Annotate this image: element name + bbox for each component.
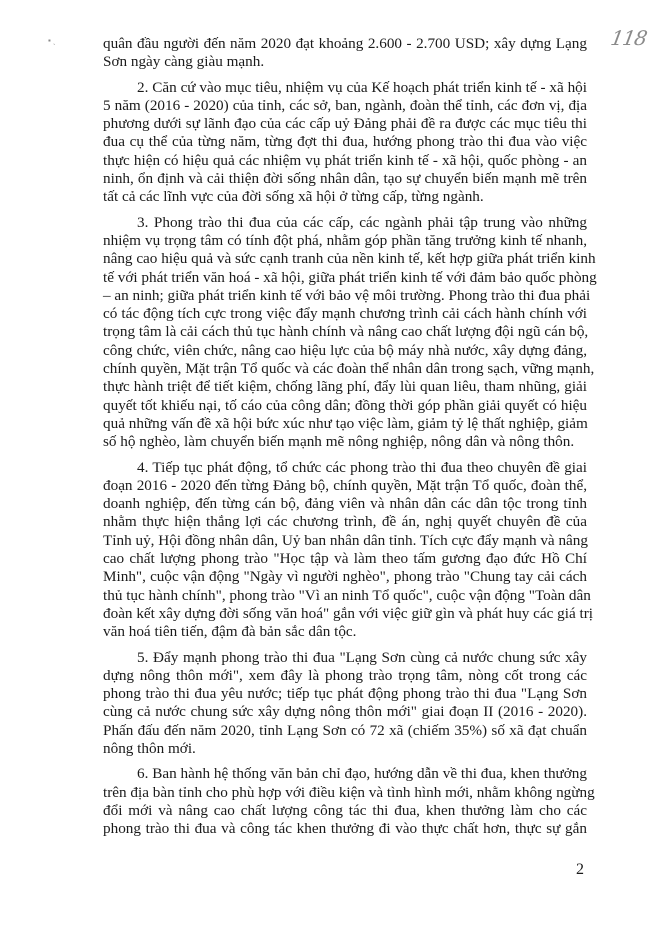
- text-line: Sơn ngày càng giàu mạnh.: [103, 53, 587, 71]
- text-line: nông thôn mới.: [103, 740, 587, 758]
- text-line: phương dưới sự lãnh đạo của các cấp uỷ Đ…: [103, 115, 587, 133]
- document-body: quân đầu người đến năm 2020 đạt khoảng 2…: [103, 35, 587, 845]
- text-line: nhiệm vụ trọng tâm có tính đột phá, nhằm…: [103, 232, 587, 250]
- text-line: đua cụ thể của từng năm, từng đợt thi đu…: [103, 133, 587, 151]
- text-line: tế với phát triển văn hoá - xã hội, giữa…: [103, 269, 587, 287]
- scan-specks: ▪ ˏ: [48, 36, 56, 45]
- paragraph-continuation: quân đầu người đến năm 2020 đạt khoảng 2…: [103, 35, 587, 72]
- text-line: – an ninh; giữa phát triển kinh tế với b…: [103, 287, 587, 305]
- text-line: nâng cao hiệu quả và sức cạnh tranh của …: [103, 250, 587, 268]
- paragraph-item-3: 3. Phong trào thi đua của các cấp, các n…: [103, 214, 587, 452]
- text-line: 3. Phong trào thi đua của các cấp, các n…: [103, 214, 587, 232]
- text-line: nhằm thực hiện thắng lợi các chương trìn…: [103, 513, 587, 531]
- text-line: thực hiện có hiệu quả các nhiệm vụ phát …: [103, 152, 587, 170]
- text-line: doanh nghiệp, đến từng cán bộ, đảng viên…: [103, 495, 587, 513]
- text-line: tất cả các lĩnh vực của đời sống xã hội …: [103, 188, 587, 206]
- text-line: văn hoá tiên tiến, đậm đà bản sắc dân tộ…: [103, 623, 587, 641]
- handwritten-page-mark: 118: [609, 26, 648, 50]
- text-line: cao chất lượng phong trào "Học tập và là…: [103, 550, 587, 568]
- text-line: 6. Ban hành hệ thống văn bản chỉ đạo, hư…: [103, 765, 587, 783]
- text-line: cùng cả nước chung sức xây dựng nông thô…: [103, 703, 587, 721]
- text-line: đoàn kết xây dựng đời sống văn hoá" gắn …: [103, 605, 587, 623]
- page-number: 2: [576, 861, 584, 879]
- text-line: Phấn đấu đến năm 2020, tỉnh Lạng Sơn có …: [103, 722, 587, 740]
- text-line: trọng tâm là cải cách thủ tục hành chính…: [103, 323, 587, 341]
- text-line: quyết tốt khiếu nại, tố cáo của công dân…: [103, 397, 587, 415]
- paragraph-item-2: 2. Căn cứ vào mục tiêu, nhiệm vụ của Kế …: [103, 79, 587, 207]
- text-line: công chức, viên chức, nâng cao hiệu lực …: [103, 342, 587, 360]
- text-line: 2. Căn cứ vào mục tiêu, nhiệm vụ của Kế …: [103, 79, 587, 97]
- text-line: quân đầu người đến năm 2020 đạt khoảng 2…: [103, 35, 587, 53]
- text-line: phong trào thi đua và công tác khen thưở…: [103, 820, 587, 838]
- text-line: ninh, ổn định và cải thiện đời sống nhân…: [103, 170, 587, 188]
- text-line: quả những vấn đề xã hội bức xúc như tạo …: [103, 415, 587, 433]
- text-line: dựng nông thôn mới", xem đây là phong tr…: [103, 667, 587, 685]
- text-line: Minh", cuộc vận động "Ngày vì người nghè…: [103, 568, 587, 586]
- paragraph-item-5: 5. Đẩy mạnh phong trào thi đua "Lạng Sơn…: [103, 649, 587, 759]
- text-line: trên địa bàn tỉnh cho phù hợp với điều k…: [103, 784, 587, 802]
- paragraph-item-6: 6. Ban hành hệ thống văn bản chỉ đạo, hư…: [103, 765, 587, 838]
- text-line: Tỉnh uỷ, Hội đồng nhân dân, Uỷ ban nhân …: [103, 532, 587, 550]
- paragraph-item-4: 4. Tiếp tục phát động, tổ chức các phong…: [103, 459, 587, 642]
- text-line: 5 năm (2016 - 2020) của tỉnh, các sở, ba…: [103, 97, 587, 115]
- text-line: thực hành triệt để tiết kiệm, chống lãng…: [103, 378, 587, 396]
- text-line: 5. Đẩy mạnh phong trào thi đua "Lạng Sơn…: [103, 649, 587, 667]
- text-line: phong trào thi đua yêu nước; tiếp tục ph…: [103, 685, 587, 703]
- text-line: đổi mới và nâng cao chất lượng công tác …: [103, 802, 587, 820]
- text-line: thủ tục hành chính", phong trào "Vì an n…: [103, 587, 587, 605]
- text-line: số hộ nghèo, làm chuyển biến mạnh mẽ nôn…: [103, 433, 587, 451]
- text-line: đoạn 2016 - 2020 đến từng Đảng bộ, chính…: [103, 477, 587, 495]
- document-page: ▪ ˏ 118 quân đầu người đến năm 2020 đạt …: [0, 0, 660, 931]
- text-line: 4. Tiếp tục phát động, tổ chức các phong…: [103, 459, 587, 477]
- text-line: có tác động tích cực trong việc đẩy mạnh…: [103, 305, 587, 323]
- text-line: chính quyền, Mặt trận Tổ quốc và các đoà…: [103, 360, 587, 378]
